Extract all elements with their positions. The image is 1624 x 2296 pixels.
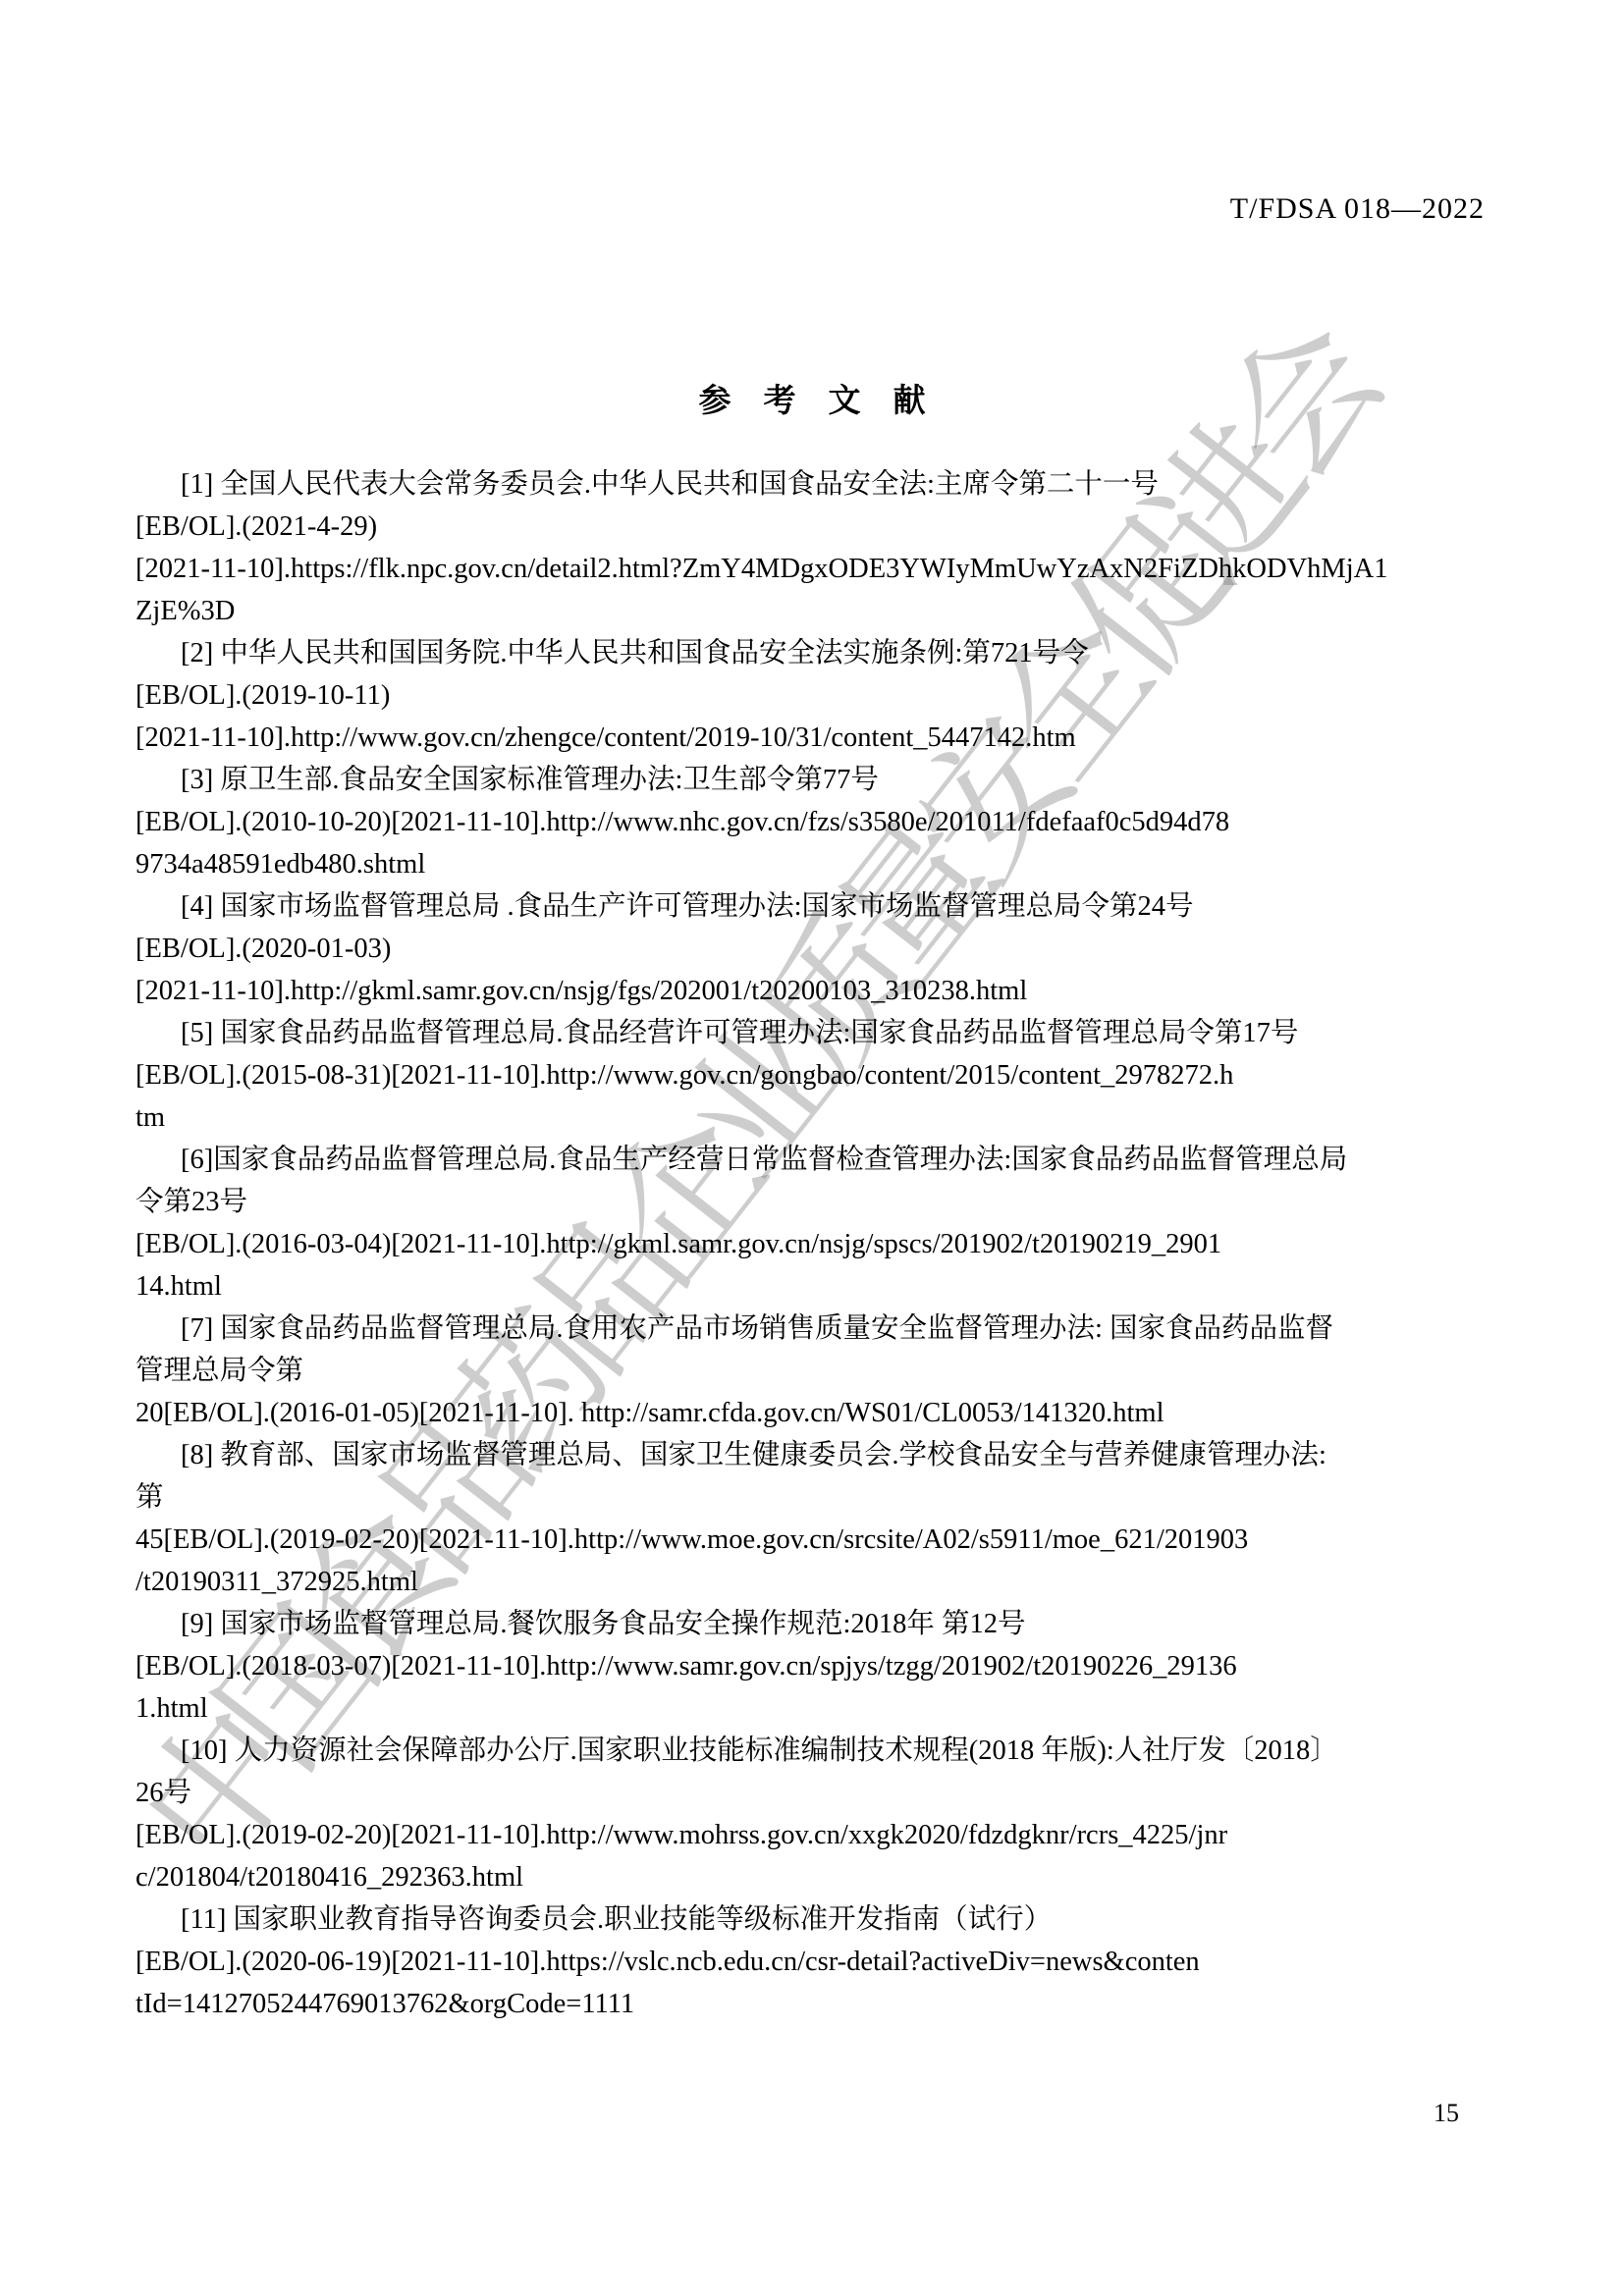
reference-line: tm — [135, 1096, 1490, 1139]
reference-line: 26号 — [135, 1772, 1490, 1814]
reference-line: [EB/OL].(2018-03-07)[2021-11-10].http://… — [135, 1645, 1490, 1687]
reference-line: [2021-11-10].https://flk.npc.gov.cn/deta… — [135, 548, 1490, 590]
reference-line: [EB/OL].(2020-01-03) — [135, 928, 1490, 970]
reference-line: ZjE%3D — [135, 590, 1490, 632]
reference-line: [7] 国家食品药品监督管理总局.食用农产品市场销售质量安全监督管理办法: 国家… — [135, 1308, 1490, 1350]
reference-line: [EB/OL].(2020-06-19)[2021-11-10].https:/… — [135, 1941, 1490, 1983]
reference-line: 1.html — [135, 1687, 1490, 1730]
reference-line: [11] 国家职业教育指导咨询委员会.职业技能等级标准开发指南（试行） — [135, 1898, 1490, 1941]
reference-line: [3] 原卫生部.食品安全国家标准管理办法:卫生部令第77号 — [135, 759, 1490, 801]
references-list: [1] 全国人民代表大会常务委员会.中华人民共和国食品安全法:主席令第二十一号 … — [135, 463, 1490, 2025]
reference-line: [EB/OL].(2010-10-20)[2021-11-10].http://… — [135, 801, 1490, 843]
reference-line: 20[EB/OL].(2016-01-05)[2021-11-10]. http… — [135, 1392, 1490, 1434]
document-page: 中国食品药品企业质量安全促进会 T/FDSA 018—2022 参 考 文 献 … — [0, 0, 1624, 2296]
reference-line: [2] 中华人民共和国国务院.中华人民共和国食品安全法实施条例:第721号令 — [135, 632, 1490, 674]
reference-line: 管理总局令第 — [135, 1350, 1490, 1392]
reference-line: 令第23号 — [135, 1181, 1490, 1223]
reference-line: [10] 人力资源社会保障部办公厅.国家职业技能标准编制技术规程(2018 年版… — [135, 1730, 1490, 1772]
reference-line: [EB/OL].(2015-08-31)[2021-11-10].http://… — [135, 1054, 1490, 1096]
reference-line: [8] 教育部、国家市场监督管理总局、国家卫生健康委员会.学校食品安全与营养健康… — [135, 1434, 1490, 1476]
page-number: 15 — [1434, 2099, 1459, 2128]
reference-line: [4] 国家市场监督管理总局 .食品生产许可管理办法:国家市场监督管理总局令第2… — [135, 885, 1490, 928]
reference-line: [5] 国家食品药品监督管理总局.食品经营许可管理办法:国家食品药品监督管理总局… — [135, 1012, 1490, 1054]
reference-line: /t20190311_372925.html — [135, 1561, 1490, 1603]
reference-line: 14.html — [135, 1265, 1490, 1308]
reference-line: [2021-11-10].http://www.gov.cn/zhengce/c… — [135, 717, 1490, 759]
reference-line: 45[EB/OL].(2019-02-20)[2021-11-10].http:… — [135, 1519, 1490, 1561]
reference-line: 9734a48591edb480.shtml — [135, 843, 1490, 885]
standard-code-header: T/FDSA 018—2022 — [1230, 192, 1485, 226]
reference-line: tId=1412705244769013762&orgCode=1111 — [135, 1983, 1490, 2025]
reference-line: 第 — [135, 1476, 1490, 1519]
reference-line: c/201804/t20180416_292363.html — [135, 1856, 1490, 1898]
reference-line: [9] 国家市场监督管理总局.餐饮服务食品安全操作规范:2018年 第12号 — [135, 1603, 1490, 1645]
reference-line: [1] 全国人民代表大会常务委员会.中华人民共和国食品安全法:主席令第二十一号 — [135, 463, 1490, 506]
reference-line: [EB/OL].(2019-02-20)[2021-11-10].http://… — [135, 1814, 1490, 1856]
references-section-title: 参 考 文 献 — [0, 375, 1624, 421]
reference-line: [EB/OL].(2016-03-04)[2021-11-10].http://… — [135, 1223, 1490, 1265]
reference-line: [EB/OL].(2019-10-11) — [135, 674, 1490, 717]
reference-line: [2021-11-10].http://gkml.samr.gov.cn/nsj… — [135, 970, 1490, 1012]
reference-line: [EB/OL].(2021-4-29) — [135, 506, 1490, 548]
reference-line: [6]国家食品药品监督管理总局.食品生产经营日常监督检查管理办法:国家食品药品监… — [135, 1139, 1490, 1181]
